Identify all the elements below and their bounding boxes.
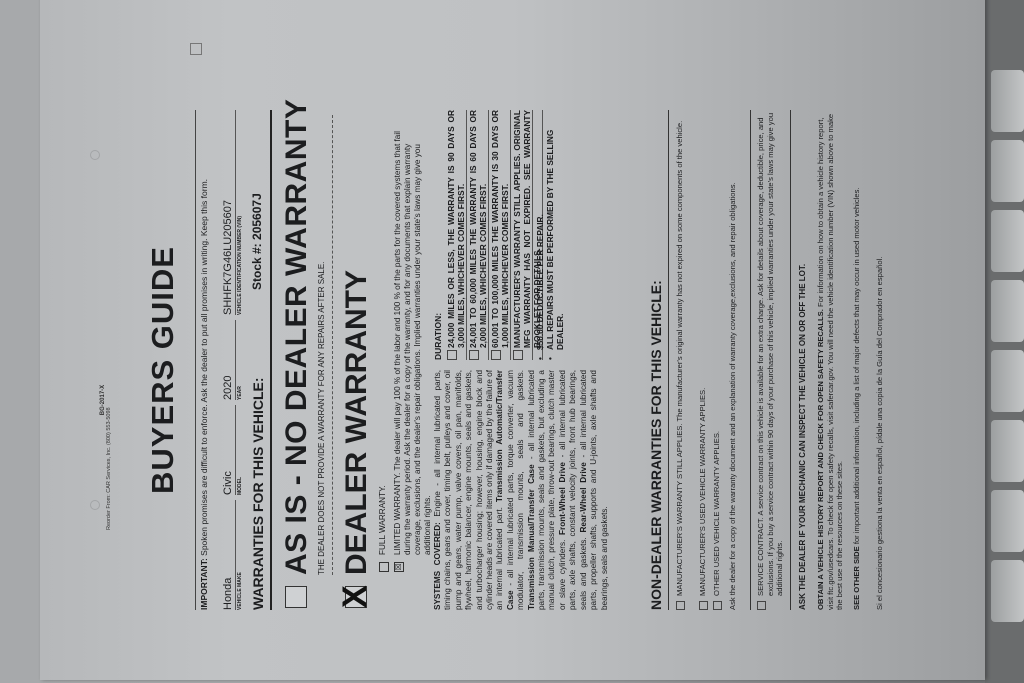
non-dealer-checkbox[interactable] <box>699 601 708 610</box>
as-is-checkbox[interactable] <box>285 586 307 608</box>
vehicle-make-field: Honda VEHICLE MAKE <box>222 500 243 610</box>
vehicle-model-field: Civic MODEL <box>222 405 243 495</box>
buyers-guide-page: BG-2017-X Reorder From: CAR Services, In… <box>100 90 920 650</box>
stock-value: 205607J <box>250 193 264 240</box>
important-notice: IMPORTANT: Spoken promises are difficult… <box>195 110 209 610</box>
non-dealer-text: MANUFACTURER'S WARRANTY STILL APPLIES. T… <box>675 121 684 596</box>
service-contract: SERVICE CONTRACT. A service contract on … <box>756 96 785 610</box>
corner-checkbox <box>190 43 202 55</box>
duration-option: 60,001 TO 100,000 MILES THE WARRANTY IS … <box>490 110 511 360</box>
as-is-heading: AS IS - NO DEALER WARRANTY <box>280 99 314 575</box>
non-dealer-item: MANUFACTURER'S WARRANTY STILL APPLIES. T… <box>675 96 685 610</box>
duration-option: 24,001 TO 60,000 MILES THE WARRANTY IS 6… <box>468 110 489 360</box>
systems-covered: SYSTEMS COVERED: Engine - all internal l… <box>433 370 610 610</box>
section-label: Front-Wheel Drive <box>558 462 567 535</box>
vehicle-vin-field: SHHFK7G46LU205607 VEHICLE IDENTIFICATION… <box>222 110 243 315</box>
duration-checkbox[interactable] <box>513 350 523 360</box>
section-text: - all internal lubricated parts, torque … <box>506 370 525 610</box>
duration-option: 24,000 MILES OR LESS, THE WARRANTY IS 90… <box>446 110 467 360</box>
duration-option-text: 24,000 MILES OR LESS, THE WARRANTY IS 90… <box>446 110 466 348</box>
history-label: OBTAIN A VEHICLE HISTORY REPORT AND CHEC… <box>816 309 825 610</box>
keyboard-key <box>991 490 1024 552</box>
keyboard-key <box>991 70 1024 132</box>
non-dealer-heading: NON-DEALER WARRANTIES FOR THIS VEHICLE: <box>648 280 664 610</box>
vehicle-year-label: YEAR <box>235 320 243 400</box>
duration-note: $50.00 DEDUCTIBLE PER REPAIR. <box>535 110 545 360</box>
punch-hole-icon <box>90 150 100 160</box>
important-label: IMPORTANT: <box>199 558 209 610</box>
vehicle-vin: SHHFK7G46LU205607 <box>222 200 234 315</box>
duration-checkbox[interactable] <box>491 350 501 360</box>
other-side-text: for important additional information, in… <box>852 188 861 545</box>
section-divider <box>790 110 791 610</box>
non-dealer-checkbox[interactable] <box>713 601 722 610</box>
duration-option-text: 60,001 TO 100,000 MILES THE WARRANTY IS … <box>490 110 510 348</box>
page-title: BUYERS GUIDE <box>145 90 181 650</box>
duration-note: ALL REPAIRS MUST BE PERFORMED BY THE SEL… <box>545 110 565 360</box>
vehicle-model-label: MODEL <box>235 405 243 495</box>
full-warranty-checkbox[interactable] <box>379 562 389 572</box>
reorder-line: Reorder From: CAR Services, Inc. (800) 5… <box>106 407 112 530</box>
duration-options: 24,000 MILES OR LESS, THE WARRANTY IS 90… <box>446 110 544 360</box>
punch-hole-icon <box>90 500 100 510</box>
section-divider <box>750 110 751 610</box>
vehicle-year-field: 2020 YEAR <box>222 320 243 400</box>
publisher-line: BG-2017-X Reorder From: CAR Services, In… <box>100 270 112 530</box>
section-divider <box>668 110 669 610</box>
other-side-notice: SEE OTHER SIDE for important additional … <box>852 110 862 610</box>
keyboard-key <box>991 140 1024 202</box>
history-report: OBTAIN A VEHICLE HISTORY REPORT AND CHEC… <box>816 110 845 610</box>
full-warranty-label: FULL WARRANTY. <box>378 485 388 555</box>
ask-dealer-text: Ask the dealer for a copy of the warrant… <box>728 110 738 610</box>
other-side-label: SEE OTHER SIDE <box>852 546 861 610</box>
stock-label: Stock #: <box>250 243 264 290</box>
dashed-divider <box>332 115 333 575</box>
non-dealer-text: OTHER USED VEHICLE WARRANTY APPLIES. <box>712 431 721 596</box>
duration-heading: DURATION: <box>433 313 443 360</box>
keyboard-key <box>991 420 1024 482</box>
non-dealer-item: OTHER USED VEHICLE WARRANTY APPLIES. <box>712 96 722 610</box>
duration-option-text: 24,001 TO 60,000 MILES THE WARRANTY IS 6… <box>468 110 488 348</box>
dealer-warranty-check-mark: X <box>342 585 368 608</box>
systems-covered-text: Engine - all internal lubricated parts, … <box>433 370 504 610</box>
warranties-heading: WARRANTIES FOR THIS VEHICLE: <box>250 377 266 610</box>
as-is-subtext: THE DEALER DOES NOT PROVIDE A WARRANTY F… <box>317 262 326 575</box>
dealer-warranty-heading: DEALER WARRANTY <box>340 270 374 575</box>
keyboard-key <box>991 560 1024 622</box>
duration-notes: $50.00 DEDUCTIBLE PER REPAIR. ALL REPAIR… <box>532 110 565 360</box>
keyboard-key <box>991 210 1024 272</box>
vehicle-model: Civic <box>222 471 234 495</box>
service-contract-text: SERVICE CONTRACT. A service contract on … <box>756 113 784 596</box>
non-dealer-checkbox[interactable] <box>676 601 685 610</box>
vehicle-make-label: VEHICLE MAKE <box>235 500 243 610</box>
important-text: Spoken promises are difficult to enforce… <box>199 179 209 556</box>
vehicle-vin-label: VEHICLE IDENTIFICATION NUMBER (VIN) <box>235 110 243 315</box>
vehicle-year: 2020 <box>222 376 234 400</box>
spanish-notice: Si el concesionario gestiona la venta en… <box>875 110 885 610</box>
vehicle-info-row: Honda VEHICLE MAKE Civic MODEL 2020 YEAR… <box>222 110 250 610</box>
non-dealer-text: MANUFACTURER'S USED VEHICLE WARRANTY APP… <box>698 388 707 596</box>
service-contract-checkbox[interactable] <box>757 601 766 610</box>
inspect-notice: ASK THE DEALER IF YOUR MECHANIC CAN INSP… <box>798 110 808 610</box>
section-label: Transmission Manual/Transfer Case <box>527 464 536 610</box>
systems-covered-label: SYSTEMS COVERED: <box>433 522 442 610</box>
keyboard-key <box>991 350 1024 412</box>
section-divider <box>270 110 272 610</box>
duration-checkbox[interactable] <box>447 350 457 360</box>
vehicle-make: Honda <box>222 578 234 610</box>
keyboard-key <box>991 280 1024 342</box>
section-label: Rear-Wheel Drive <box>579 462 588 532</box>
duration-checkbox[interactable] <box>469 350 479 360</box>
keyboard-background <box>985 0 1024 683</box>
stock-number: Stock #: 205607J <box>250 193 264 290</box>
non-dealer-item: MANUFACTURER'S USED VEHICLE WARRANTY APP… <box>698 96 708 610</box>
limited-warranty-text: LIMITED WARRANTY. The dealer will pay 10… <box>393 110 433 555</box>
limited-warranty-checkbox[interactable]: ☒ <box>394 562 404 572</box>
